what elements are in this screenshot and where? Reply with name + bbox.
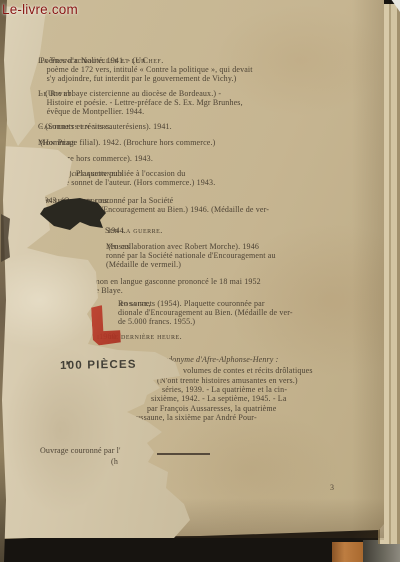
entry-text: séries, 1939. - La quatrième et la cin- [162, 385, 287, 394]
bookseller-watermark: Le-livre.com [2, 2, 78, 17]
entry-text: (Hommage filial). 1942. (Brochure hors c… [38, 138, 215, 147]
entry-text: oussaune, la sixième par André Pour- [132, 413, 257, 422]
table-orange-strip [332, 542, 363, 562]
entry-text: ermon en langue gasconne prononcé le 18 … [87, 277, 261, 295]
entry-text: Ouvrage couronné par l' [40, 446, 121, 455]
entry-text: ule d'Encouragement au Bien.) 1946. (Méd… [85, 205, 269, 214]
horizontal-rule [157, 453, 210, 455]
entry-text: - (Sonnets et récits cauterésiens). 1941… [38, 122, 172, 131]
entry-text: - (Une abbaye cistercienne au diocèse de… [38, 89, 243, 116]
entry-text: en sonnets (1954). Plaquette couronnée p… [118, 299, 293, 326]
entry-text: 1944. [105, 226, 126, 235]
entry-text: sixième, 1942. - La septième, 1945. - La [151, 394, 287, 403]
entry-text: volumes de contes et récits drôlatiques [183, 366, 313, 375]
page-number: 3 [330, 483, 334, 492]
entry-text: (en collaboration avec Robert Morche). 1… [106, 242, 276, 269]
page-right-shade [352, 0, 384, 540]
entry-text: Poèmes d'actualité. 1941. - (Un poème de… [38, 56, 253, 83]
book-page-photo: La France Nouvelle et le Chef. Poèmes d'… [0, 0, 400, 562]
entry-text: (N'ont trente histoires amusantes en ver… [157, 376, 298, 385]
arrow-right-icon: ► [65, 360, 72, 367]
entry-text: (h [111, 457, 118, 466]
entry-text: par François Aussaresses, la quatrième [147, 404, 276, 413]
